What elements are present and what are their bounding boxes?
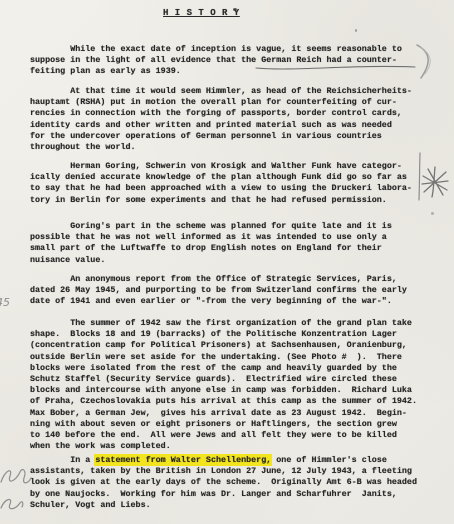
paragraph-schellenberg: In a statement from Walter Schellenberg,…: [30, 455, 417, 511]
ink-smudge: [355, 29, 357, 32]
handwritten-margin-line-icon: [419, 153, 420, 200]
highlighted-text: statement from Walter Schellenberg,: [95, 455, 271, 465]
paragraph-goring-denial: Herman Goring, Schwerin von Krosigk and …: [30, 161, 412, 206]
page-title: H I S T O R Y: [163, 8, 240, 18]
margin-number-note: 45: [0, 296, 10, 309]
handwritten-scribble-icon: [1, 499, 23, 508]
handwritten-scribble-icon: [1, 470, 31, 483]
ink-smudge: [431, 212, 434, 215]
handwritten-paren-icon: [417, 45, 430, 78]
paragraph-himmler-rsha: At that time it would seem Himmler, as h…: [30, 86, 412, 153]
scanned-document-page: H I S T O R Y While the exact date of in…: [0, 0, 454, 524]
handwritten-asterisk-icon: [422, 167, 448, 197]
paragraph-luftwaffe: Goring's part in the scheme was planned …: [30, 221, 392, 266]
paragraph-oss-report: An anonymous report from the Office of S…: [30, 274, 407, 308]
paragraph-sachsenhausen: The summer of 1942 saw the first organiz…: [30, 318, 417, 452]
paragraph-inception: While the exact date of inception is vag…: [30, 44, 402, 78]
schellenberg-pre-text: In a: [30, 455, 95, 465]
